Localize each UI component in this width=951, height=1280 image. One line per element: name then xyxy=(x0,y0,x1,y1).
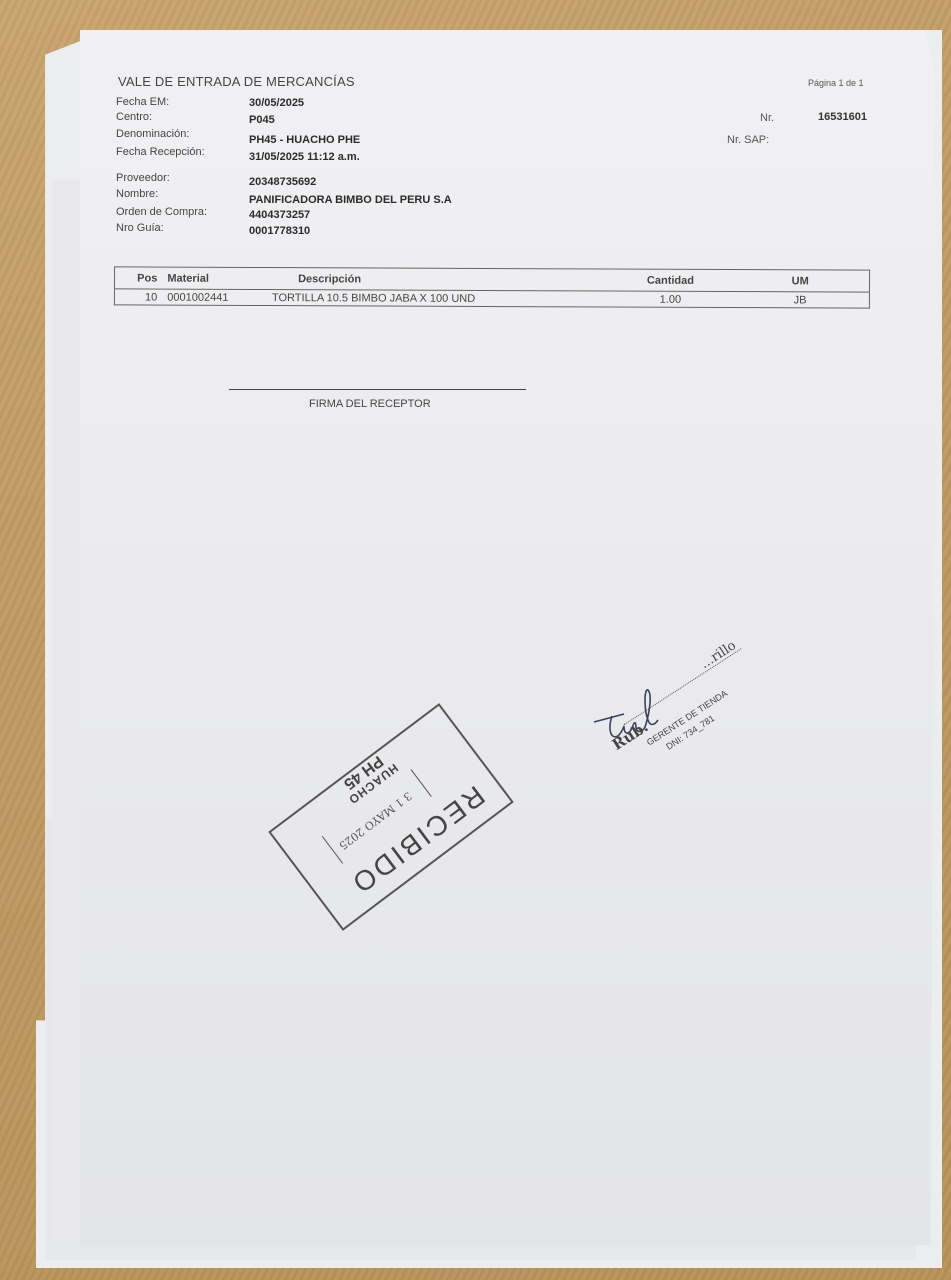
field-value-proveedor: 20348735692 xyxy=(249,176,316,188)
cell-material: 0001002441 xyxy=(163,289,268,305)
field-value-fecha-em: 30/05/2025 xyxy=(249,97,304,109)
nr-sap-label: Nr. SAP: xyxy=(727,134,769,146)
col-header-pos: Pos xyxy=(114,267,163,289)
items-table: Pos Material Descripción Cantidad UM 10 … xyxy=(114,266,870,308)
goods-receipt-document: VALE DE ENTRADA DE MERCANCÍAS Página 1 d… xyxy=(0,0,951,1280)
page-indicator: Página 1 de 1 xyxy=(808,78,864,88)
nr-value: 16531601 xyxy=(818,111,867,123)
field-label-nro-guia: Nro Guía: xyxy=(116,222,164,234)
cell-descripcion: TORTILLA 10.5 BIMBO JABA X 100 UND xyxy=(268,290,610,307)
col-header-descripcion: Descripción xyxy=(268,268,610,291)
cell-pos: 10 xyxy=(114,289,163,305)
table-row: 10 0001002441 TORTILLA 10.5 BIMBO JABA X… xyxy=(114,289,869,308)
field-label-orden-compra: Orden de Compra: xyxy=(116,206,207,218)
col-header-material: Material xyxy=(163,267,268,289)
field-label-proveedor: Proveedor: xyxy=(116,172,170,184)
document-title: VALE DE ENTRADA DE MERCANCÍAS xyxy=(118,74,355,89)
table-header-row: Pos Material Descripción Cantidad UM xyxy=(114,267,869,292)
field-value-nombre: PANIFICADORA BIMBO DEL PERU S.A xyxy=(249,194,452,206)
nr-label: Nr. xyxy=(760,112,774,124)
col-header-cantidad: Cantidad xyxy=(610,269,732,292)
field-label-denominacion: Denominación: xyxy=(116,128,189,140)
field-label-fecha-recepcion: Fecha Recepción: xyxy=(116,146,205,158)
signature-label: FIRMA DEL RECEPTOR xyxy=(309,398,431,410)
field-value-orden-compra: 4404373257 xyxy=(249,209,310,221)
field-value-nro-guia: 0001778310 xyxy=(249,225,310,237)
cell-um: JB xyxy=(731,292,869,309)
field-value-centro: P045 xyxy=(249,114,275,126)
col-header-um: UM xyxy=(731,270,869,293)
field-value-fecha-recepcion: 31/05/2025 11:12 a.m. xyxy=(249,151,360,163)
field-label-nombre: Nombre: xyxy=(116,188,158,200)
field-value-denominacion: PH45 - HUACHO PHE xyxy=(249,134,360,146)
field-label-fecha-em: Fecha EM: xyxy=(116,96,169,108)
signature-line xyxy=(229,389,526,390)
received-stamp: RECIBIDO 3 1 MAYO 2025 HUACHO PH 45 xyxy=(268,703,514,931)
seal-surname: ...rillo xyxy=(698,638,739,672)
field-label-centro: Centro: xyxy=(116,111,152,123)
cell-cantidad: 1.00 xyxy=(609,291,731,308)
